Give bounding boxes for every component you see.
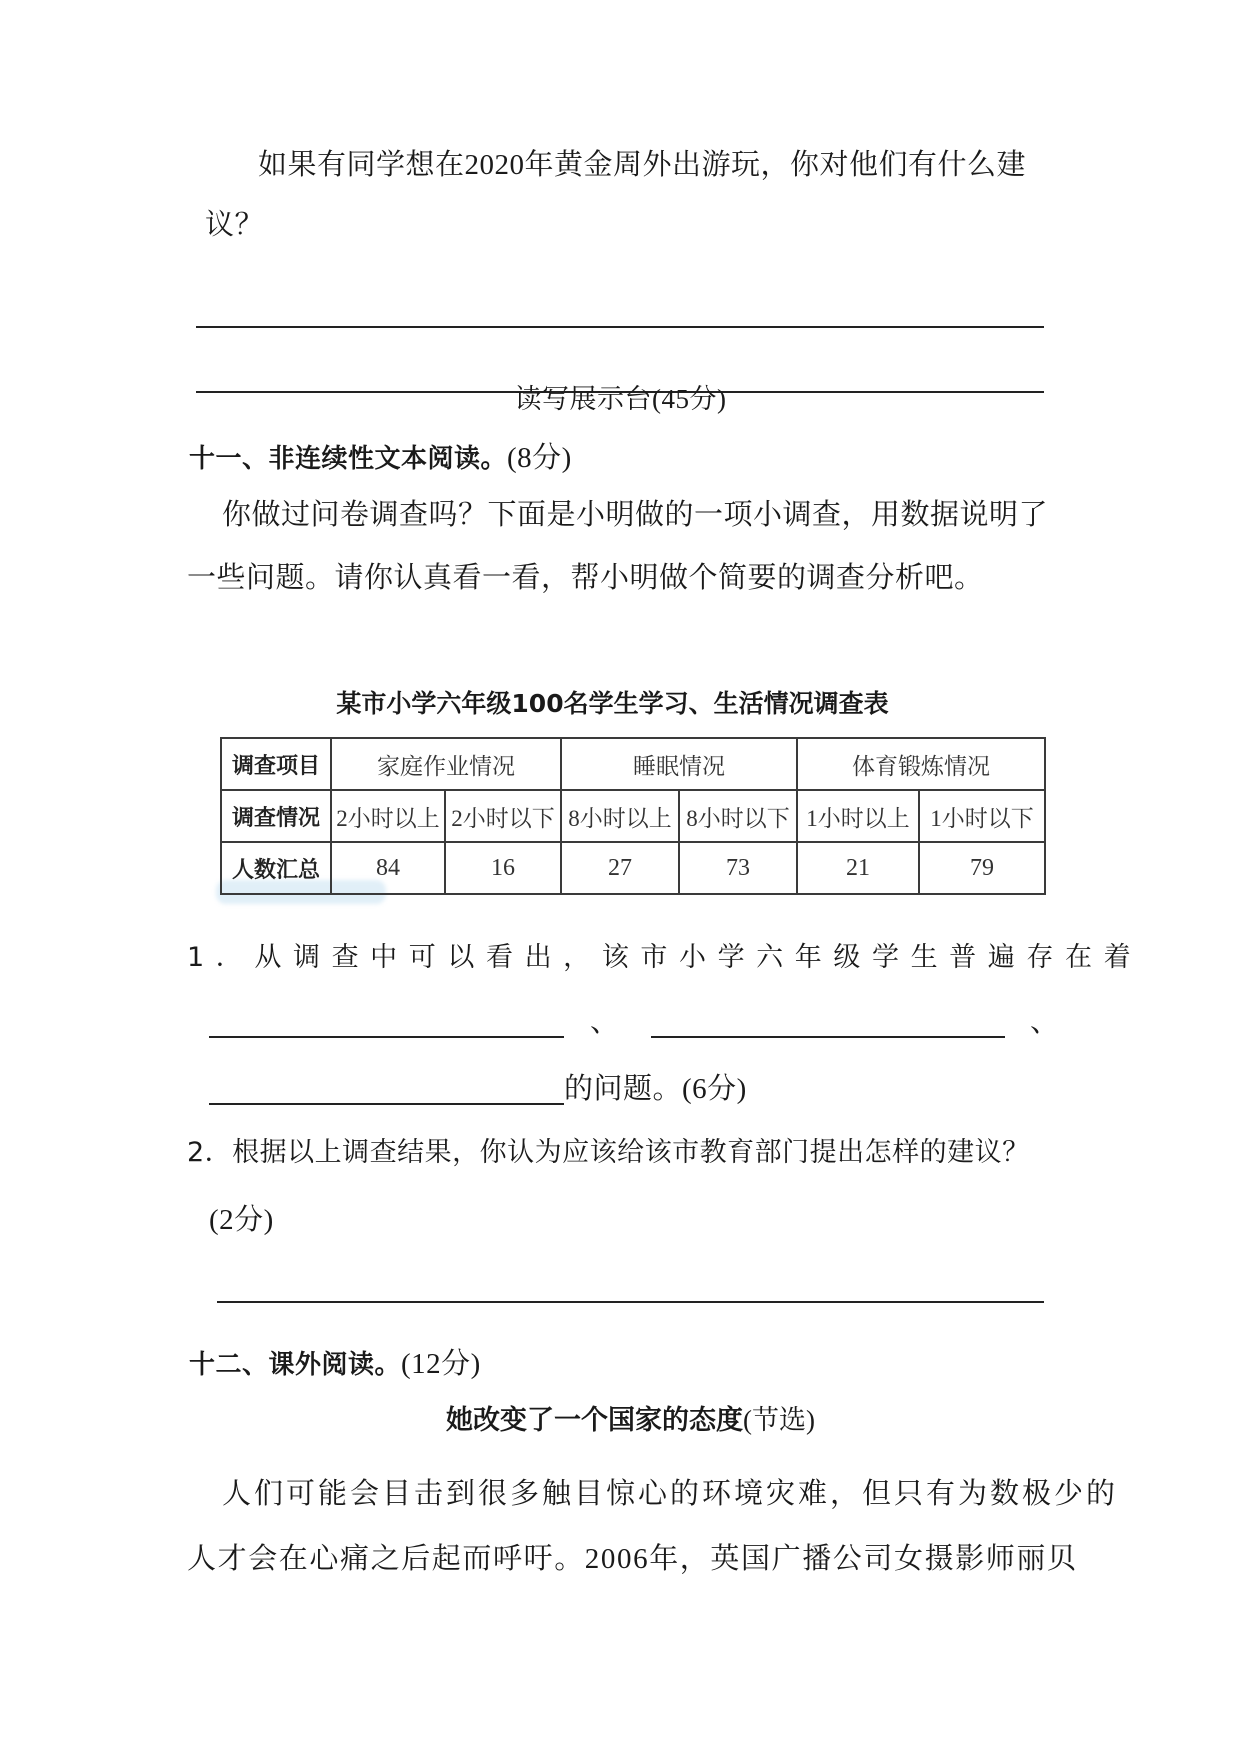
answer-line-q2[interactable]	[217, 1301, 1044, 1303]
q1-separator-2: 、	[1030, 1005, 1060, 1039]
survey-table: 调查项目 家庭作业情况 睡眠情况 体育锻炼情况 调查情况 2小时以上 2小时以下…	[220, 737, 1046, 895]
section-12-title: 十二、课外阅读。	[189, 1350, 401, 1380]
condition-cell: 1小时以下	[919, 790, 1045, 842]
condition-cell: 8小时以下	[679, 790, 797, 842]
row-label-counts: 人数汇总	[221, 842, 331, 894]
q1-suffix: 的问题。(6分)	[564, 1072, 747, 1106]
section-12-heading: 十二、课外阅读。(12分)	[189, 1347, 481, 1382]
answer-blank-q1-1[interactable]	[209, 1036, 564, 1038]
section-11-heading: 十一、非连续性文本阅读。(8分)	[189, 441, 572, 476]
question-2-score: (2分)	[209, 1203, 274, 1237]
row-label-items: 调查项目	[221, 738, 331, 790]
question-1-text: 1．从调查中可以看出，该市小学六年级学生普遍存在着	[187, 941, 1142, 975]
answer-line-intro-1[interactable]	[196, 326, 1044, 328]
count-cell: 84	[331, 842, 445, 894]
article-title-note: (节选)	[743, 1405, 815, 1435]
question-2-text: 2．根据以上调查结果，你认为应该给该市教育部门提出怎样的建议？	[187, 1135, 1030, 1170]
count-cell: 27	[561, 842, 679, 894]
section-11-score: (8分)	[507, 442, 572, 474]
group-homework: 家庭作业情况	[331, 738, 561, 790]
section-11-title: 十一、非连续性文本阅读。	[189, 444, 507, 474]
section-12-score: (12分)	[401, 1348, 481, 1380]
condition-cell: 1小时以上	[797, 790, 919, 842]
section-11-intro-line-1: 你做过问卷调查吗？下面是小明做的一项小调查，用数据说明了	[222, 498, 1048, 532]
table-row-counts: 人数汇总 84 16 27 73 21 79	[221, 842, 1045, 894]
table-title: 某市小学六年级100名学生学习、生活情况调查表	[0, 689, 1233, 719]
intro-question-line-1: 如果有同学想在2020年黄金周外出游玩，你对他们有什么建	[258, 148, 1026, 182]
q1-separator-1: 、	[590, 1005, 620, 1039]
row-label-conditions: 调查情况	[221, 790, 331, 842]
section-11-intro-line-2: 一些问题。请你认真看一看，帮小明做个简要的调查分析吧。	[187, 561, 984, 595]
condition-cell: 2小时以上	[331, 790, 445, 842]
intro-question-line-2: 议？	[205, 208, 264, 242]
question-2-body: 2．根据以上调查结果，你认为应该给该市教育部门提出怎样的建议？	[187, 1137, 1030, 1168]
article-para-line-2: 人才会在心痛之后起而呼吁。2006年，英国广播公司女摄影师丽贝	[187, 1542, 1078, 1576]
group-exercise: 体育锻炼情况	[797, 738, 1045, 790]
table-row-conditions: 调查情况 2小时以上 2小时以下 8小时以上 8小时以下 1小时以上 1小时以下	[221, 790, 1045, 842]
table-row-items: 调查项目 家庭作业情况 睡眠情况 体育锻炼情况	[221, 738, 1045, 790]
answer-blank-q1-2[interactable]	[651, 1036, 1005, 1038]
count-cell: 16	[445, 842, 561, 894]
article-para-line-1: 人们可能会目击到很多触目惊心的环境灾难，但只有为数极少的	[222, 1477, 1118, 1511]
condition-cell: 2小时以下	[445, 790, 561, 842]
group-sleep: 睡眠情况	[561, 738, 797, 790]
answer-blank-q1-3[interactable]	[209, 1103, 564, 1105]
article-title-text: 她改变了一个国家的态度	[446, 1405, 743, 1436]
condition-cell: 8小时以上	[561, 790, 679, 842]
count-cell: 79	[919, 842, 1045, 894]
article-title: 她改变了一个国家的态度(节选)	[446, 1403, 815, 1438]
count-cell: 21	[797, 842, 919, 894]
count-cell: 73	[679, 842, 797, 894]
section-banner: 读写展示台(45分)	[0, 382, 1241, 416]
